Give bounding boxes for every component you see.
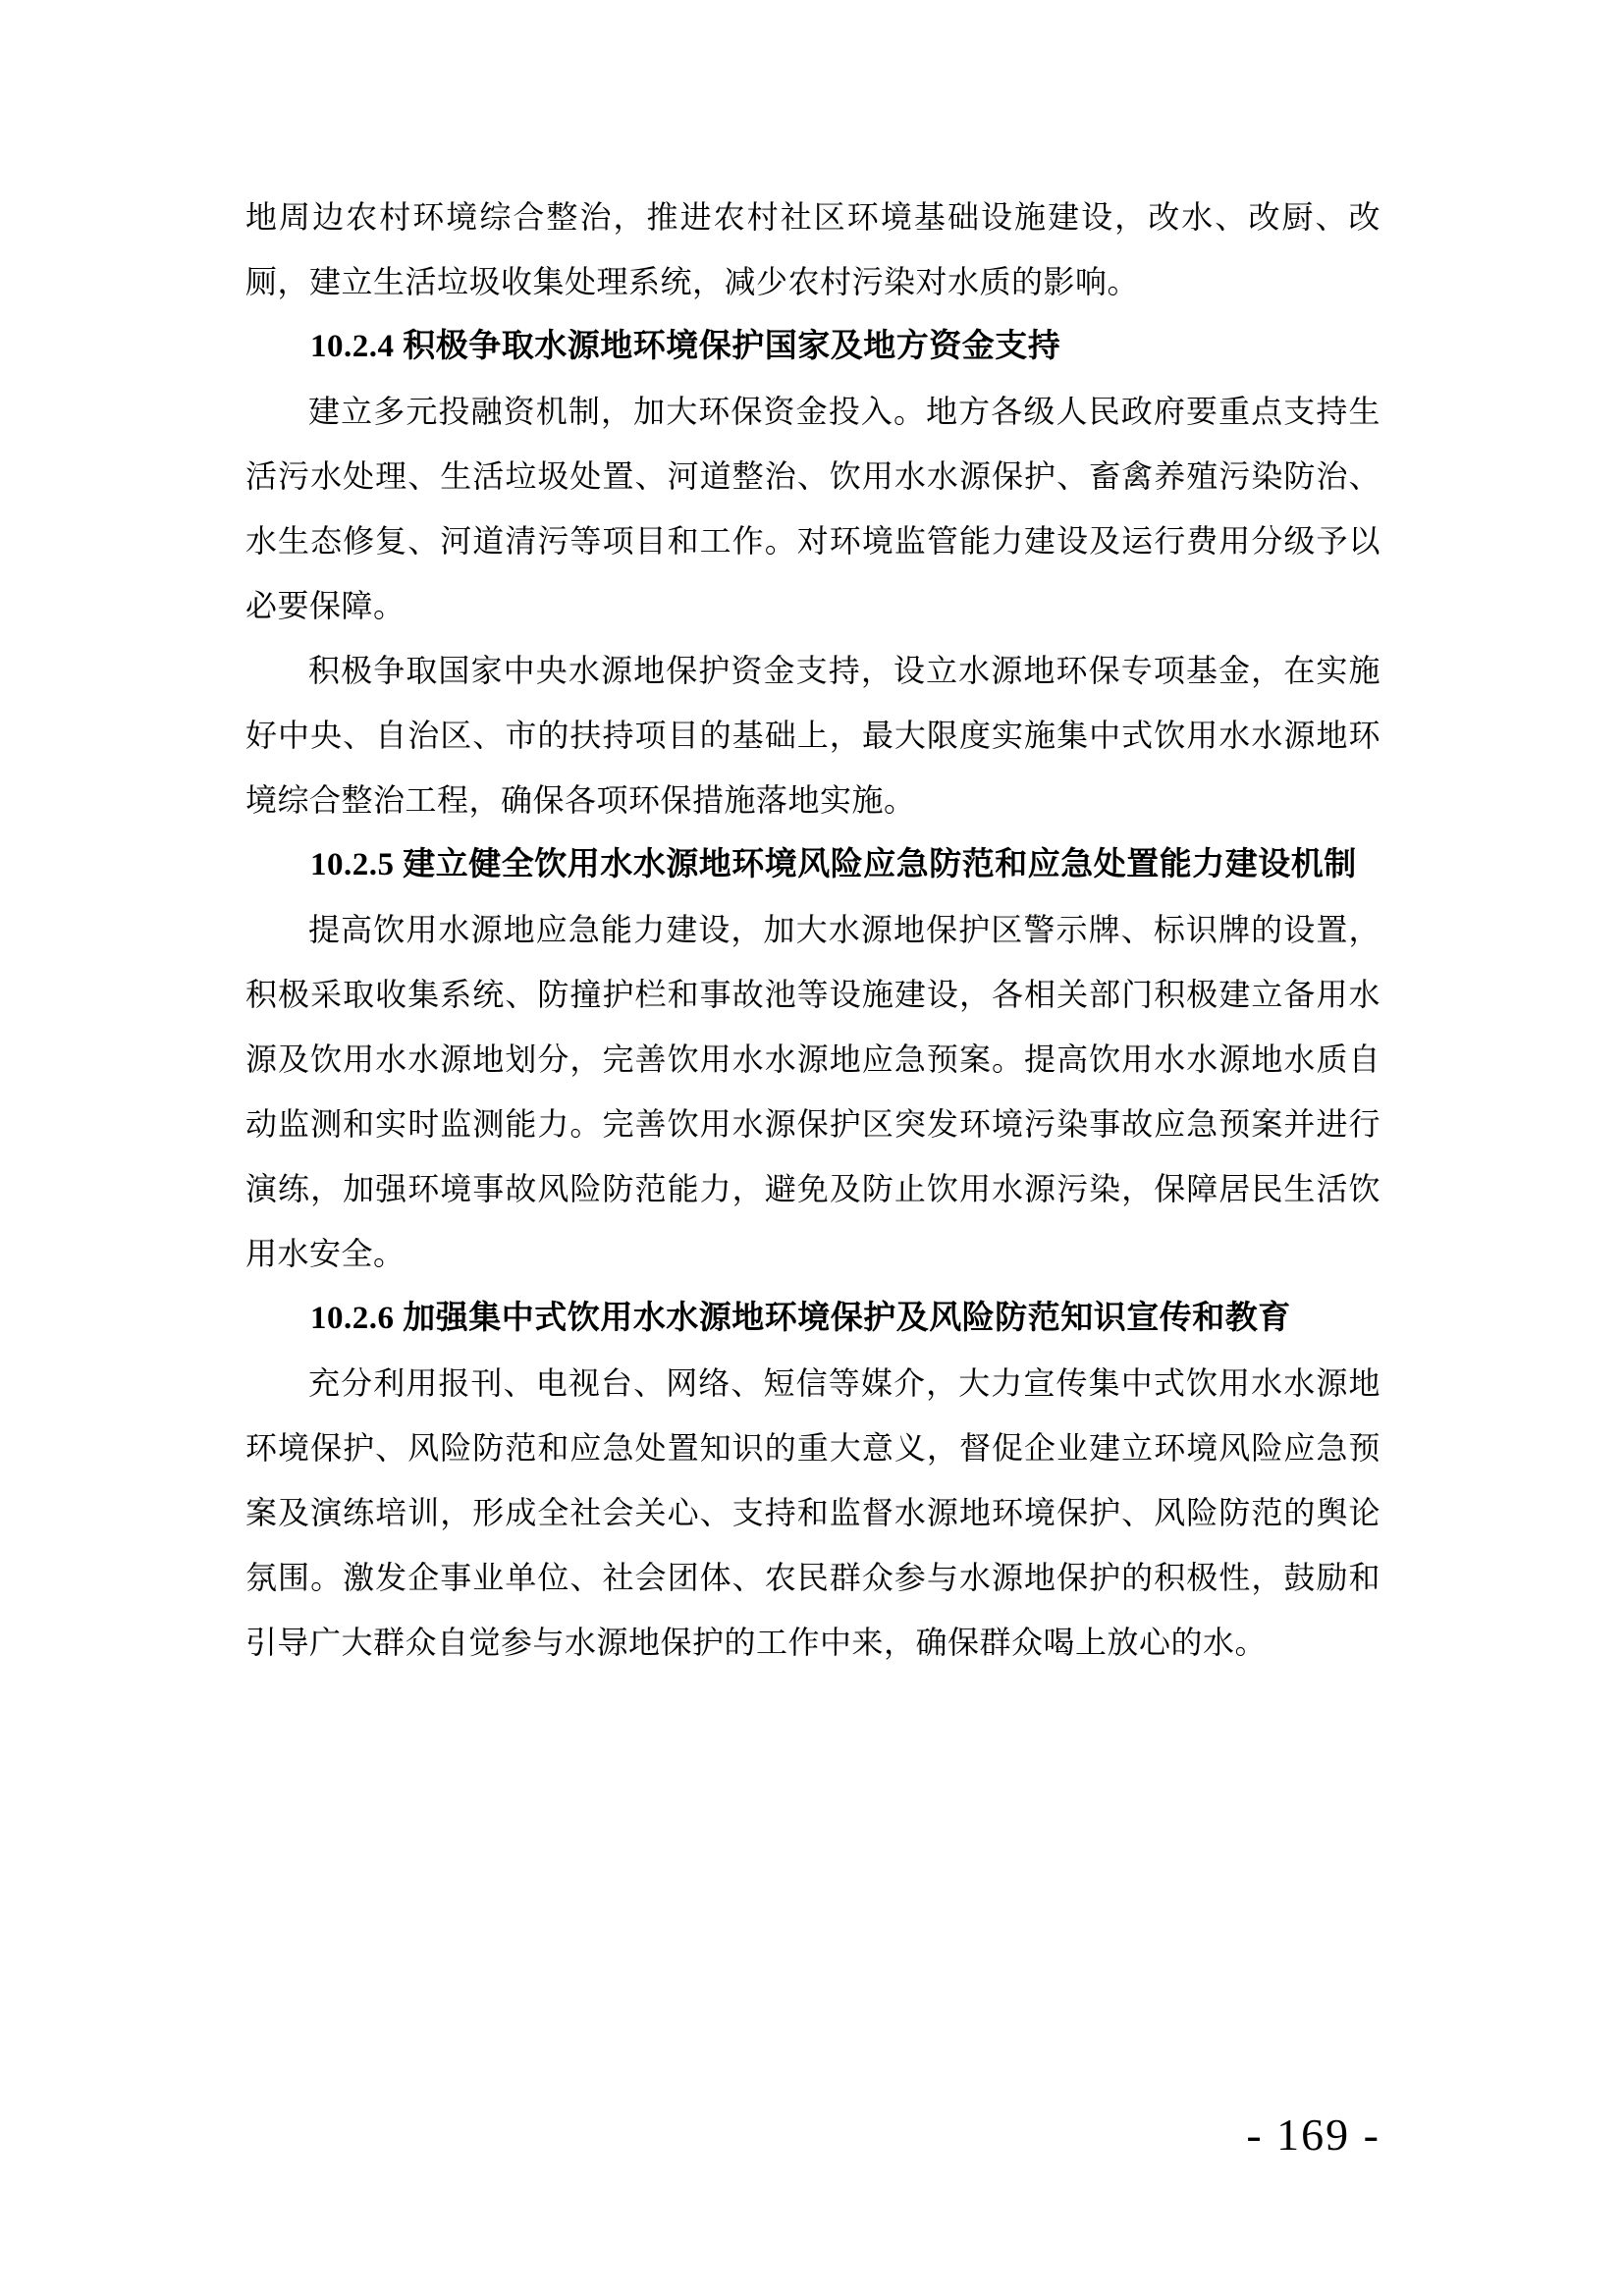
document-page: 地周边农村环境综合整治，推进农村社区环境基础设施建设，改水、改厨、改厕，建立生活…: [0, 0, 1624, 2296]
paragraph-emergency-capacity: 提高饮用水源地应急能力建设，加大水源地保护区警示牌、标识牌的设置，积极采取收集系…: [245, 897, 1380, 1286]
page-body-text: 地周边农村环境综合整治，推进农村社区环境基础设施建设，改水、改厨、改厕，建立生活…: [245, 185, 1380, 1675]
page-number: - 169 -: [245, 2112, 1380, 2158]
section-heading-10-2-4: 10.2.4 积极争取水源地环境保护国家及地方资金支持: [245, 314, 1380, 379]
paragraph-continuation: 地周边农村环境综合整治，推进农村社区环境基础设施建设，改水、改厨、改厕，建立生活…: [245, 185, 1380, 314]
paragraph-publicity-education: 充分利用报刊、电视台、网络、短信等媒介，大力宣传集中式饮用水水源地环境保护、风险…: [245, 1351, 1380, 1675]
section-heading-10-2-6: 10.2.6 加强集中式饮用水水源地环境保护及风险防范知识宣传和教育: [245, 1286, 1380, 1351]
section-heading-10-2-5: 10.2.5 建立健全饮用水水源地环境风险应急防范和应急处置能力建设机制: [245, 832, 1380, 897]
paragraph-funding-mechanism: 建立多元投融资机制，加大环保资金投入。地方各级人民政府要重点支持生活污水处理、生…: [245, 379, 1380, 638]
paragraph-central-funding: 积极争取国家中央水源地保护资金支持，设立水源地环保专项基金，在实施好中央、自治区…: [245, 638, 1380, 832]
